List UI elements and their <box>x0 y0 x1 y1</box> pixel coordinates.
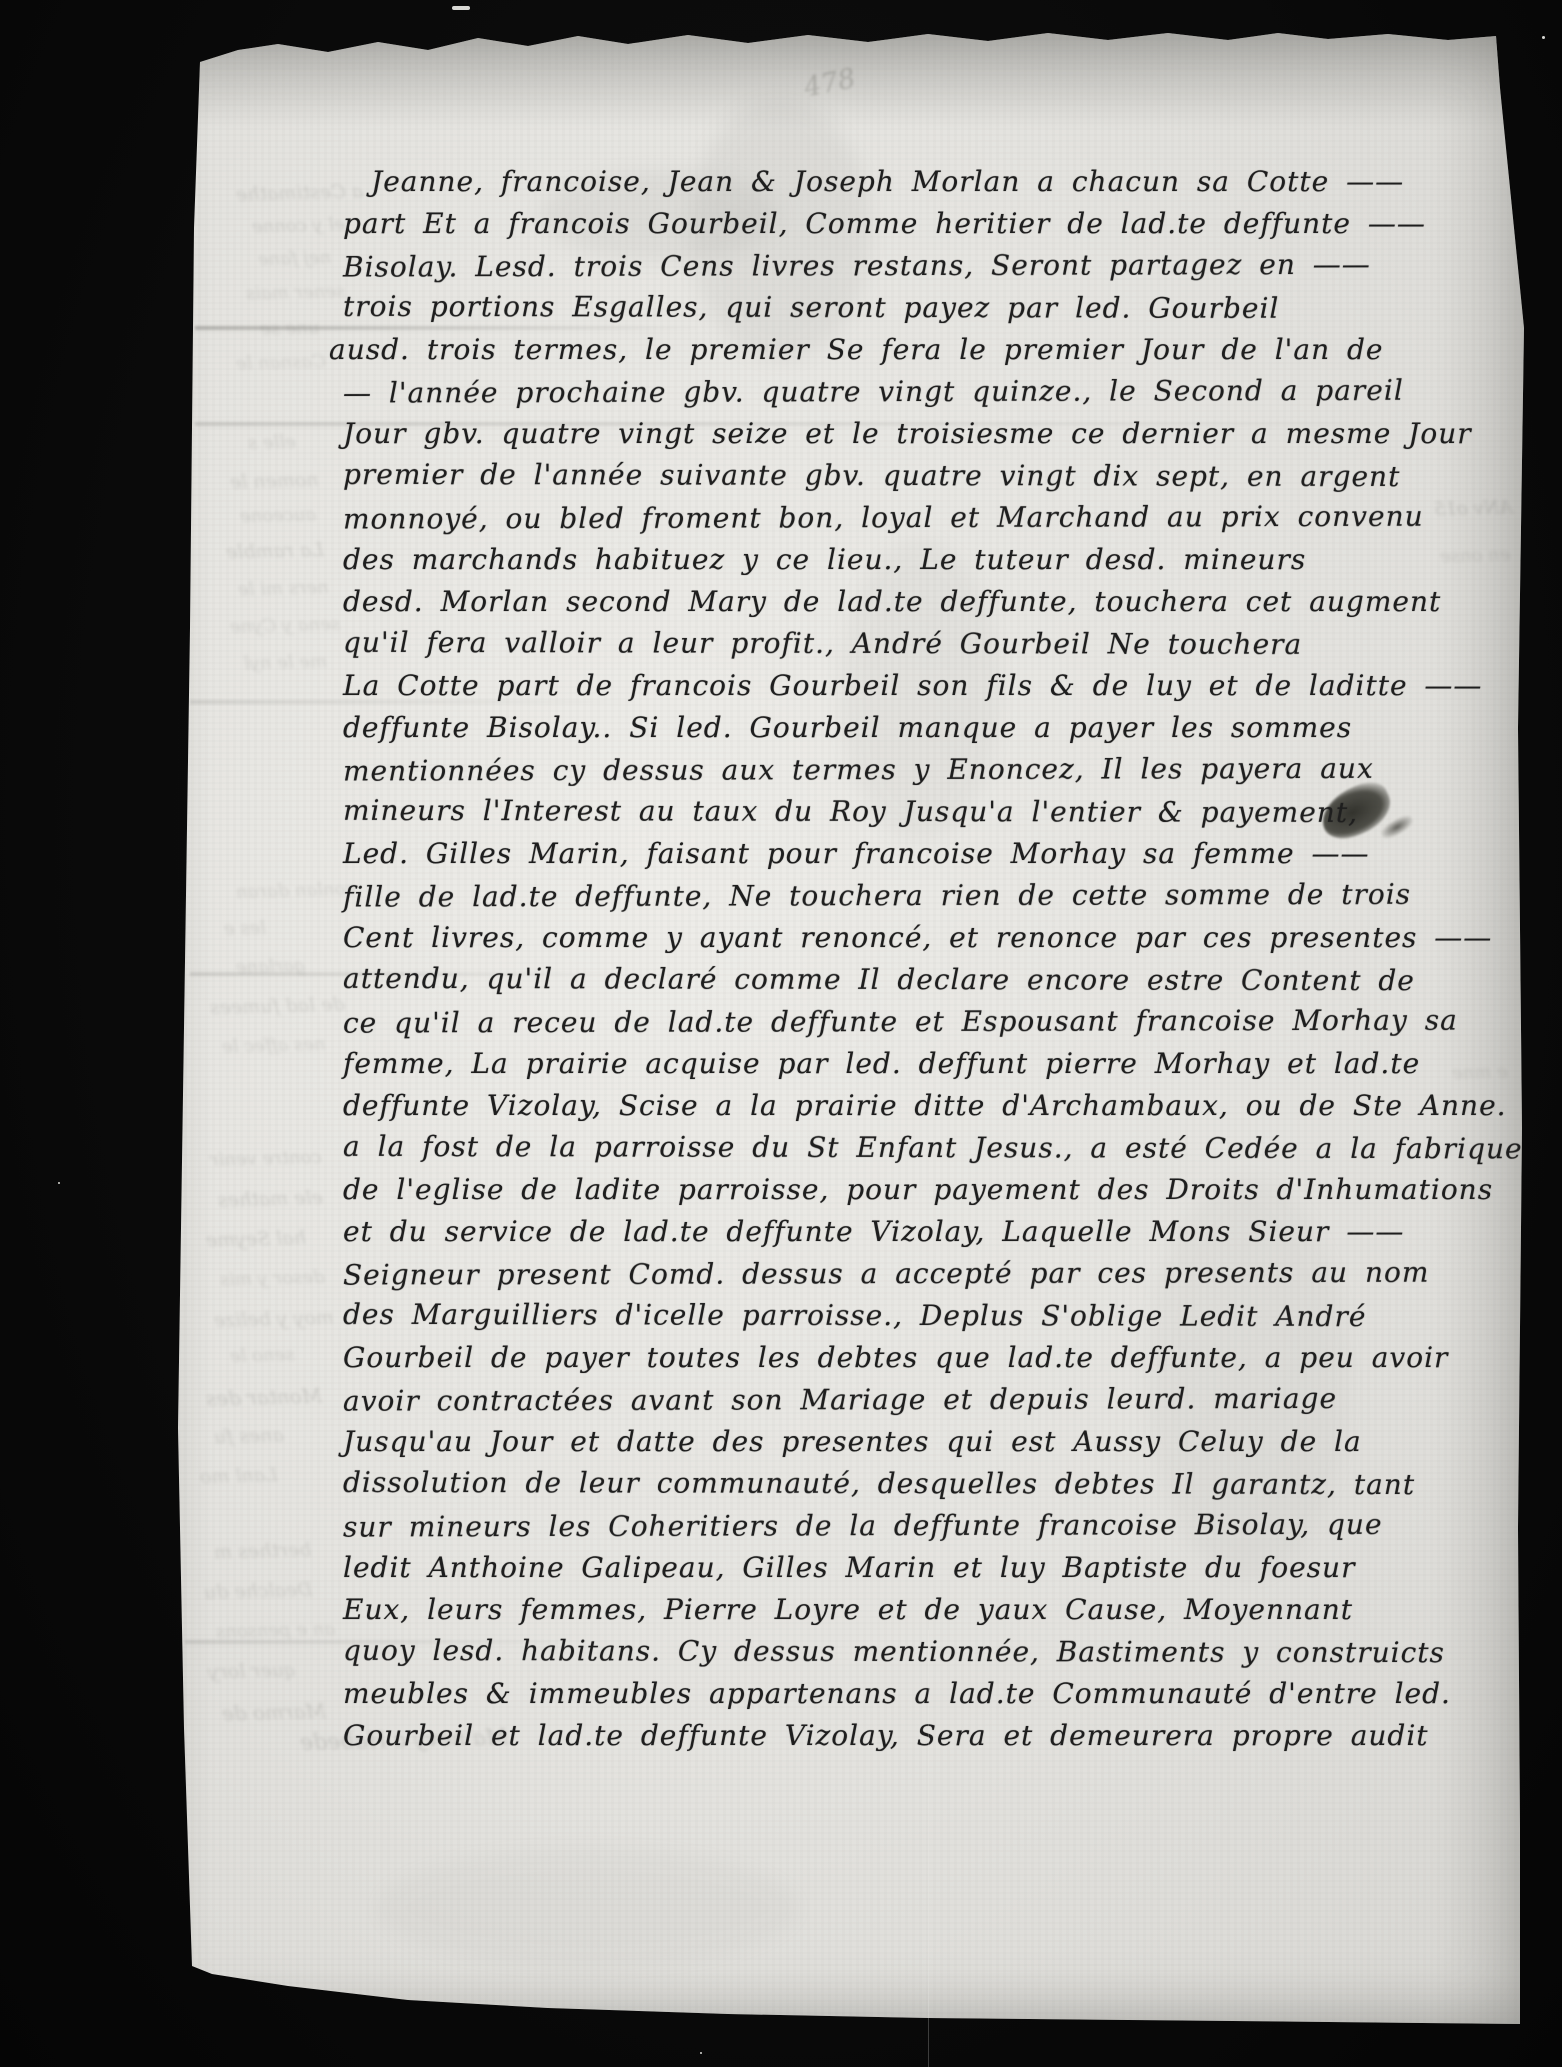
manuscript-line: Jusqu'au Jour et datte des presentes qui… <box>343 1421 1493 1463</box>
manuscript-line: a la fost de la parroisse du St Enfant J… <box>343 1126 1493 1170</box>
manuscript-line: qu'il fera valloir a leur profit., André… <box>343 622 1493 666</box>
bleed-through-fragment: les e <box>224 917 267 939</box>
manuscript-text: Jeanne, francoise, Jean & Joseph Morlan … <box>343 161 1493 1757</box>
manuscript-line: attendu, qu'il a declaré comme Il declar… <box>343 958 1493 1002</box>
bleed-through-fragment: Marmo de <box>222 1699 327 1726</box>
manuscript-line: Gourbeil et lad.te deffunte Vizolay, Ser… <box>343 1715 1493 1757</box>
scanner-artifact-line <box>928 1630 929 2067</box>
manuscript-line: avoir contractées avant son Mariage et d… <box>343 1377 1493 1422</box>
manuscript-line: deffunte Bisolay.. Si led. Gourbeil manq… <box>343 707 1493 749</box>
bleed-through-fragment: nomen le <box>230 469 319 493</box>
bleed-through-fragment: nes affec le <box>222 1034 326 1058</box>
scanner-speck <box>1542 36 1545 39</box>
manuscript-line: ledit Anthoine Galipeau, Gilles Marin et… <box>343 1547 1493 1589</box>
manuscript-line: dissolution de leur communauté, desquell… <box>343 1462 1493 1506</box>
manuscript-line: part Et a francois Gourbeil, Comme herit… <box>343 203 1493 245</box>
scanner-speck <box>700 2052 702 2054</box>
manuscript-line: Led. Gilles Marin, faisant pour francois… <box>343 833 1493 875</box>
bleed-through-fragment: desor y mis <box>220 1267 325 1291</box>
scanner-background: 478 a Cestimatheel y connenej fanesener … <box>0 0 1562 2067</box>
scanner-speck <box>58 1182 60 1184</box>
bleed-through-fragment: hal Seyme <box>206 1227 306 1252</box>
manuscript-line: des Marguilliers d'icelle parroisse., De… <box>343 1294 1493 1338</box>
manuscript-line: mineurs l'Interest au taux du Roy Jusqu'… <box>343 790 1493 834</box>
bleed-through-fragment: quer lory <box>208 1659 297 1683</box>
bleed-through-fragment: une se <box>260 317 320 340</box>
bleed-through-fragment: Montar des <box>206 1383 323 1410</box>
manuscript-line: sur mineurs les Coheritiers de la deffun… <box>343 1503 1493 1548</box>
manuscript-line: Eux, leurs femmes, Pierre Loyre et de ya… <box>343 1589 1493 1631</box>
scanner-speck <box>452 6 470 10</box>
manuscript-line: ausd. trois termes, le premier Se fera l… <box>329 329 1493 371</box>
bleed-through-fragment: berthes m <box>214 1539 312 1564</box>
bleed-through-fragment: auceone <box>240 504 317 527</box>
manuscript-line: mentionnées cy dessus aux termes y Enonc… <box>343 747 1493 792</box>
bleed-through-fragment: Lanl mo <box>200 1464 278 1488</box>
document-page: 478 a Cestimatheel y connenej fanesener … <box>128 28 1530 2032</box>
manuscript-line: quoy lesd. habitans. Cy dessus mentionné… <box>343 1630 1493 1674</box>
manuscript-line: premier de l'année suivante gbv. quatre … <box>343 454 1493 498</box>
bleed-through-fragment: nej fane <box>258 247 332 270</box>
manuscript-line: monnoyé, ou bled froment bon, loyal et M… <box>343 495 1493 540</box>
bleed-through-fragment: an e pensons <box>216 1618 336 1642</box>
manuscript-line: La Cotte part de francois Gourbeil son f… <box>343 665 1493 707</box>
manuscript-line: et du service de lad.te deffunte Vizolay… <box>343 1211 1493 1253</box>
bleed-through-fragment: el y conne <box>252 214 345 237</box>
bleed-through-fragment: La ramble <box>226 539 324 564</box>
manuscript-line: trois portions Esgalles, qui seront paye… <box>343 286 1493 330</box>
manuscript-line: Gourbeil de payer toutes les debtes que … <box>343 1337 1493 1379</box>
bleed-through-fragment: seno le <box>230 1344 295 1367</box>
bleed-through-fragment: ners mi le <box>238 577 329 600</box>
manuscript-line: ce qu'il a receu de lad.te deffunte et E… <box>343 999 1493 1044</box>
manuscript-line: femme, La prairie acquise par led. deffu… <box>343 1043 1493 1085</box>
bleed-through-fragment: contre venir <box>210 1147 322 1171</box>
manuscript-line: des marchands habituez y ce lieu., Le tu… <box>343 539 1493 581</box>
manuscript-line: Seigneur present Comd. dessus a accepté … <box>343 1251 1493 1296</box>
manuscript-line: de l'eglise de ladite parroisse, pour pa… <box>343 1169 1493 1211</box>
bleed-through-fragment: sener mais <box>246 281 346 305</box>
manuscript-line: Jeanne, francoise, Jean & Joseph Morlan … <box>371 161 1493 203</box>
bleed-through-fragment: Dealche du <box>204 1579 313 1604</box>
bleed-through-fragment: ele mathes <box>218 1187 323 1212</box>
bleed-through-fragment: de lad fumees <box>210 993 345 1019</box>
manuscript-line: desd. Morlan second Mary de lad.te deffu… <box>343 581 1493 623</box>
bleed-through-fragment: moy y belize <box>214 1306 334 1331</box>
manuscript-line: deffunte Vizolay, Scise a la prairie dit… <box>343 1085 1493 1127</box>
bleed-through-fragment: elle s <box>248 431 296 453</box>
manuscript-line: meubles & immeubles appartenans a lad.te… <box>343 1673 1493 1715</box>
manuscript-line: — l'année prochaine gbv. quatre vingt qu… <box>343 369 1493 414</box>
bleed-through-fragment: sena y Cyne <box>230 614 341 638</box>
bleed-through-fragment: me le nyl <box>244 651 328 674</box>
manuscript-line: Jour gbv. quatre vingt seize et le trois… <box>343 413 1493 455</box>
bleed-through-fragment: Casnan le <box>236 351 326 374</box>
bleed-through-fragment: garlane <box>236 955 306 978</box>
bleed-through-fragment: conlan daran <box>236 878 356 902</box>
bleed-through-fragment: anes fu <box>214 1424 284 1448</box>
manuscript-line: Cent livres, comme y ayant renoncé, et r… <box>343 917 1493 959</box>
manuscript-line: fille de lad.te deffunte, Ne touchera ri… <box>343 873 1493 918</box>
manuscript-line: Bisolay. Lesd. trois Cens livres restans… <box>343 243 1493 288</box>
